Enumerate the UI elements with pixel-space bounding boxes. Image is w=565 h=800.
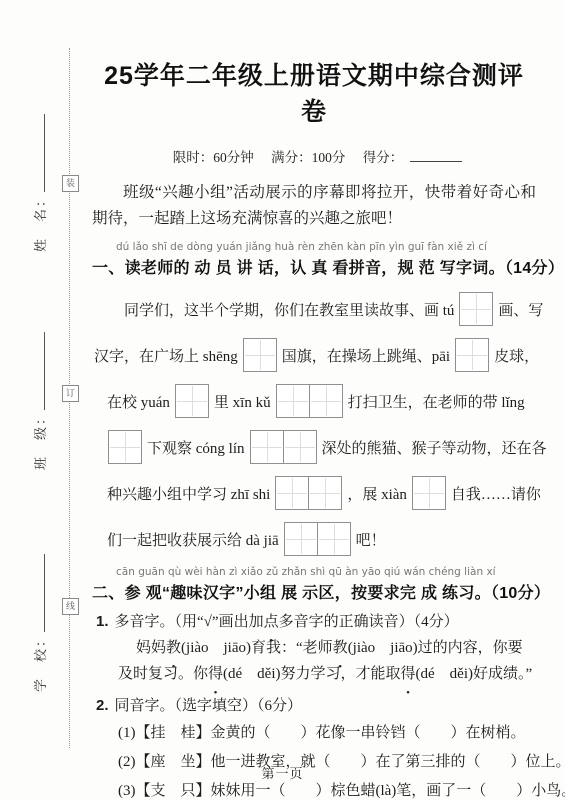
question-2-number: 2. bbox=[96, 697, 109, 714]
writing-box bbox=[108, 430, 142, 464]
fill-text: 里 xīn kǔ bbox=[214, 391, 271, 412]
passage-text: (dé děi)努力学习，才能取 bbox=[223, 666, 400, 682]
writing-box-group bbox=[284, 522, 351, 556]
writing-box-group bbox=[250, 430, 317, 464]
fill-text: 国旗，在操场上跳绳、pāi bbox=[282, 345, 450, 366]
writing-box bbox=[243, 338, 277, 372]
full-score: 满分：100分 bbox=[271, 150, 345, 165]
student-class-field: 班 级： bbox=[30, 332, 49, 470]
exam-meta: 限时：60分钟 满分：100分 得分： bbox=[92, 146, 536, 166]
fill-text: 种兴趣小组中学习 zhī shi bbox=[107, 483, 270, 504]
fill-text: 皮球， bbox=[494, 345, 539, 366]
student-class-blank bbox=[32, 332, 45, 410]
writing-box bbox=[308, 476, 342, 510]
writing-box-group bbox=[276, 384, 343, 418]
section2-heading: 二、参 观“趣味汉字”小组 展 示区，按要求完 成 练习。（10分） bbox=[92, 580, 536, 603]
writing-box bbox=[250, 430, 284, 464]
sub-item-1: (1)【挂 桂】金黄的（ ）花像一串铃铛（ ）在树梢。 bbox=[92, 719, 536, 748]
fill-text: ，展 xiàn bbox=[347, 483, 407, 504]
writing-box-group bbox=[275, 476, 342, 510]
section1-fill-lines: 同学们，这半个学期，你们在教室里读故事、画 tú 画、写 汉字，在广场上 shē… bbox=[92, 286, 536, 562]
writing-box bbox=[412, 476, 446, 510]
writing-box bbox=[275, 476, 309, 510]
section1-heading: 一、读老师的 动 员 讲 话，认 真 看拼音，规 范 写字词。（14分） bbox=[92, 255, 536, 278]
intro-paragraph: 班级“兴趣小组”活动展示的序幕即将拉开，快带着好奇心和期待，一起踏上这场充满惊喜… bbox=[92, 180, 536, 232]
fill-line: 同学们，这半个学期，你们在教室里读故事、画 tú 画、写 bbox=[92, 286, 536, 332]
question-1-passage-line: 及时复习。你得(dé děi)努力学习，才能取得(dé děi)好成绩。” bbox=[92, 661, 536, 687]
student-school-blank bbox=[32, 554, 45, 632]
pinyin-options: (jiào jiāo)育我：“老师 bbox=[181, 640, 333, 656]
passage-text: (dé děi)好成绩。” bbox=[416, 666, 533, 682]
score-blank bbox=[410, 150, 462, 162]
question-2: 2.同音字。（选字填空）（6分） (1)【挂 桂】金黄的（ ）花像一串铃铛（ ）… bbox=[92, 693, 536, 800]
section2-pinyin: cān guān qù wèi hàn zì xiǎo zǔ zhǎn shì … bbox=[116, 566, 536, 578]
question-1-passage-line: 妈妈教(jiào jiāo)育我：“老师教(jiào jiāo)过的内容，你要 bbox=[92, 635, 536, 661]
fill-line: 们一起把收获展示给 dà jiā 吧！ bbox=[92, 516, 536, 562]
writing-box bbox=[175, 384, 209, 418]
passage-text: 妈妈 bbox=[136, 640, 166, 656]
fill-text: 在校 yuán bbox=[107, 391, 170, 412]
page-number: 第一页 bbox=[0, 763, 565, 782]
page-title: 25学年二年级上册语文期中综合测评卷 bbox=[92, 56, 536, 128]
fill-line: 下观察 cóng lín 深处的熊猫、猴子等动物，还在各 bbox=[92, 424, 536, 470]
question-1-text: 多音字的正确读音）（4分） bbox=[279, 614, 459, 630]
fill-text: 画、写 bbox=[498, 299, 543, 320]
fill-text: 打扫卫生，在老师的带 lǐng bbox=[348, 391, 525, 412]
passage-text: (jiào jiāo)过的内容，你要 bbox=[348, 640, 523, 656]
binding-mark-xian: 线 bbox=[62, 598, 79, 615]
time-limit: 限时：60分钟 bbox=[173, 150, 254, 165]
writing-box bbox=[459, 292, 493, 326]
question-1-text: 多音字。（用“√”画出加 bbox=[115, 614, 264, 630]
student-name-field: 姓 名： bbox=[30, 114, 49, 252]
dotted-char: 得 bbox=[401, 661, 416, 687]
student-name-label: 姓 名： bbox=[33, 192, 48, 252]
fill-text: 深处的熊猫、猴子等动物，还在各 bbox=[322, 437, 547, 458]
dotted-char: 教 bbox=[166, 635, 181, 661]
dotted-char: 得 bbox=[208, 661, 223, 687]
question-1-number: 1. bbox=[96, 613, 109, 630]
writing-box bbox=[455, 338, 489, 372]
writing-box-group bbox=[108, 430, 142, 464]
dotted-char: 点 bbox=[264, 609, 279, 635]
question-1: 1.多音字。（用“√”画出加点多音字的正确读音）（4分） 妈妈教(jiào ji… bbox=[92, 609, 536, 687]
writing-box bbox=[284, 522, 318, 556]
fill-text: 汉字，在广场上 shēng bbox=[94, 345, 238, 366]
question-2-text: 同音字。（选字填空）（6分） bbox=[115, 698, 303, 714]
score-label: 得分： bbox=[363, 150, 404, 165]
fill-text: 吧！ bbox=[356, 529, 386, 550]
writing-box bbox=[283, 430, 317, 464]
writing-box-group bbox=[243, 338, 277, 372]
fill-text: 下观察 cóng lín bbox=[147, 437, 245, 458]
dotted-char: 教 bbox=[333, 635, 348, 661]
writing-box bbox=[276, 384, 310, 418]
section1-pinyin: dú lǎo shī de dòng yuán jiǎng huà rèn zh… bbox=[116, 241, 536, 253]
writing-box bbox=[309, 384, 343, 418]
question-1-title: 1.多音字。（用“√”画出加点多音字的正确读音）（4分） bbox=[92, 609, 536, 635]
writing-box-group bbox=[175, 384, 209, 418]
student-class-label: 班 级： bbox=[33, 410, 48, 470]
fill-text: 同学们，这半个学期，你们在教室里读故事、画 tú bbox=[124, 299, 454, 320]
writing-box bbox=[317, 522, 351, 556]
fill-text: 们一起把收获展示给 dà jiā bbox=[107, 529, 279, 550]
fill-line: 汉字，在广场上 shēng 国旗，在操场上跳绳、pāi 皮球， bbox=[92, 332, 536, 378]
fill-text: 自我……请你 bbox=[451, 483, 541, 504]
writing-box-group bbox=[412, 476, 446, 510]
student-school-label: 学 校： bbox=[33, 632, 48, 692]
binding-mark-zhuang: 装 bbox=[62, 175, 79, 192]
fill-line: 在校 yuán 里 xīn kǔ 打扫卫生，在老师的带 lǐng bbox=[92, 378, 536, 424]
student-name-blank bbox=[32, 114, 45, 192]
writing-box-group bbox=[459, 292, 493, 326]
exam-paper: 25学年二年级上册语文期中综合测评卷 限时：60分钟 满分：100分 得分： 班… bbox=[92, 56, 536, 800]
passage-text: 及时复习。你 bbox=[118, 666, 208, 682]
question-2-title: 2.同音字。（选字填空）（6分） bbox=[92, 693, 536, 719]
student-school-field: 学 校： bbox=[30, 554, 49, 692]
binding-mark-ding: 订 bbox=[62, 385, 79, 402]
fill-line: 种兴趣小组中学习 zhī shi ，展 xiàn 自我……请你 bbox=[92, 470, 536, 516]
writing-box-group bbox=[455, 338, 489, 372]
